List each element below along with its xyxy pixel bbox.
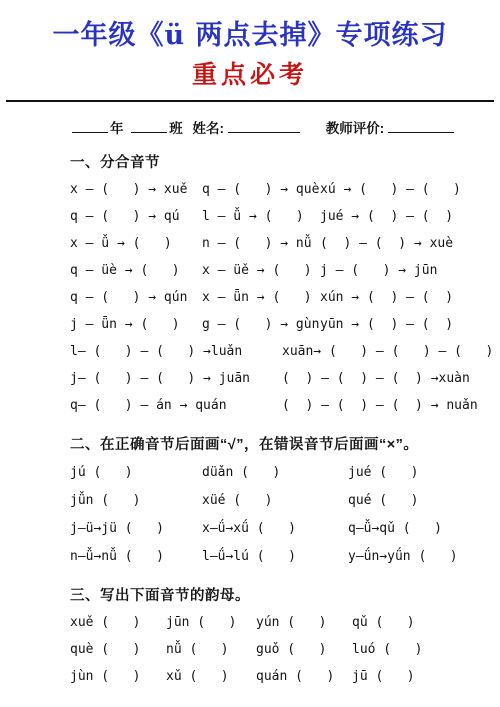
worksheet-row: q — üè → ( )x — üě → ( )j — ( ) → jūn (70, 257, 482, 284)
class-blank (131, 119, 167, 133)
pinyin-item: x — ǚ → ( ) (70, 236, 202, 251)
pinyin-item: què ( ) (70, 642, 166, 657)
worksheet-row: jú ( )düǎn ( )jué ( ) (70, 458, 482, 486)
worksheet-row: q— ( ) — án → quán( ) — ( ) — ( ) → nuǎn (70, 392, 482, 419)
page-subtitle: 重点必考 (0, 55, 500, 91)
section-rows: jú ( )düǎn ( )jué ( )jǚn ( )xüé ( )qué (… (70, 458, 482, 570)
year-label: 年 (110, 121, 124, 136)
pinyin-item: xǔ ( ) (166, 669, 256, 684)
worksheet-row: què ( )nǚ ( )guǒ ( )luó ( ) (70, 636, 482, 663)
section-rows: xuě ( )jūn ( )yún ( )qǔ ( )què ( )nǚ ( )… (70, 609, 482, 690)
pinyin-item: j—ü→jü ( ) (70, 521, 202, 536)
pinyin-item: qué ( ) (348, 493, 482, 508)
worksheet-row: n—ǚ→nǚ ( )l—ǘ→lú ( )y—ǘn→yǘn ( ) (70, 542, 482, 570)
worksheet-row: l— ( ) — ( ) →luǎnxuān→ ( ) — ( ) — ( ) (70, 338, 482, 365)
worksheet-row: jǚn ( )xüé ( )qué ( ) (70, 486, 482, 514)
pinyin-item: q — ( ) → qú (70, 209, 202, 224)
pinyin-item: xuān→ ( ) — ( ) — ( ) (282, 344, 493, 359)
pinyin-item: düǎn ( ) (202, 465, 348, 480)
worksheet-page: 一年级《ü 两点去掉》专项练习 重点必考 年 班 姓名: 教师评价: 一、分合音… (0, 0, 500, 707)
class-label: 班 (169, 121, 183, 136)
page-title: 一年级《ü 两点去掉》专项练习 (0, 13, 500, 52)
header-divider (6, 100, 494, 102)
section-heading: 二、在正确音节后面画“√”，在错误音节后面画“×”。 (70, 433, 482, 454)
pinyin-item: xún → ( ) — ( ) (320, 290, 482, 305)
pinyin-item: qǔ ( ) (352, 615, 482, 630)
teacher-label: 教师评价: (326, 121, 385, 136)
name-blank (228, 119, 300, 133)
section-heading: 一、分合音节 (70, 151, 482, 172)
section-heading: 三、写出下面音节的韵母。 (70, 584, 482, 605)
pinyin-item: jùn ( ) (70, 669, 166, 684)
pinyin-item: x — ǖn → ( ) (202, 290, 320, 305)
pinyin-item: ( ) — ( ) — ( ) → nuǎn (282, 398, 482, 413)
pinyin-item: ( ) — ( ) — ( ) →xuàn (282, 371, 482, 386)
section-write-finals: 三、写出下面音节的韵母。 xuě ( )jūn ( )yún ( )qǔ ( )… (0, 584, 500, 690)
info-line: 年 班 姓名: 教师评价: (72, 117, 480, 137)
pinyin-item: l—ǘ→lú ( ) (202, 549, 348, 564)
teacher-blank (388, 119, 454, 133)
pinyin-item: jū ( ) (352, 669, 482, 684)
pinyin-item: jué → ( ) — ( ) (320, 209, 482, 224)
pinyin-item: q — ( ) → qún (70, 290, 202, 305)
pinyin-item: jǚn ( ) (70, 493, 202, 508)
pinyin-item: l— ( ) — ( ) →luǎn (70, 344, 282, 359)
pinyin-item: x—ǘ→xǘ ( ) (202, 521, 348, 536)
pinyin-item: q— ( ) — án → quán (70, 398, 282, 413)
pinyin-item: jú ( ) (70, 465, 202, 480)
pinyin-item: x — ( ) → xuě (70, 182, 202, 197)
pinyin-item: xüé ( ) (202, 493, 348, 508)
pinyin-item: j — ( ) → jūn (320, 263, 482, 278)
name-label: 姓名: (193, 121, 225, 136)
pinyin-item: guǒ ( ) (256, 642, 352, 657)
worksheet-row: q — ( ) → qúl — ǚ → ( )jué → ( ) — ( ) (70, 203, 482, 230)
worksheet-row: j — ǖn → ( )g — ( ) → gùnyūn → ( ) — ( ) (70, 311, 482, 338)
worksheet-row: q — ( ) → qúnx — ǖn → ( )xún → ( ) — ( ) (70, 284, 482, 311)
worksheet-row: j—ü→jü ( )x—ǘ→xǘ ( )q—ǚ→qǔ ( ) (70, 514, 482, 542)
pinyin-item: n—ǚ→nǚ ( ) (70, 549, 202, 564)
section-rows: x — ( ) → xuěq — ( ) → quèxú → ( ) — ( )… (70, 176, 482, 419)
pinyin-item: l — ǚ → ( ) (202, 209, 320, 224)
pinyin-item: jūn ( ) (166, 615, 256, 630)
pinyin-item: nǚ ( ) (166, 642, 256, 657)
pinyin-item: q — üè → ( ) (70, 263, 202, 278)
pinyin-item: ( ) — ( ) → xuè (320, 236, 482, 251)
pinyin-item: q—ǚ→qǔ ( ) (348, 521, 482, 536)
pinyin-item: jué ( ) (348, 465, 482, 480)
pinyin-item: y—ǘn→yǘn ( ) (348, 549, 482, 564)
pinyin-item: yūn → ( ) — ( ) (320, 317, 482, 332)
pinyin-item: xú → ( ) — ( ) (320, 182, 482, 197)
worksheet-row: x — ǚ → ( )n — ( ) → nǚ( ) — ( ) → xuè (70, 230, 482, 257)
pinyin-item: n — ( ) → nǚ (202, 236, 320, 251)
pinyin-item: j — ǖn → ( ) (70, 317, 202, 332)
pinyin-item: quán ( ) (256, 669, 352, 684)
pinyin-item: q — ( ) → què (202, 182, 320, 197)
section-split-syllables: 一、分合音节 x — ( ) → xuěq — ( ) → quèxú → ( … (0, 151, 500, 419)
worksheet-row: jùn ( )xǔ ( )quán ( )jū ( ) (70, 663, 482, 690)
worksheet-row: xuě ( )jūn ( )yún ( )qǔ ( ) (70, 609, 482, 636)
pinyin-item: x — üě → ( ) (202, 263, 320, 278)
worksheet-row: j— ( ) — ( ) → juān( ) — ( ) — ( ) →xuàn (70, 365, 482, 392)
pinyin-item: xuě ( ) (70, 615, 166, 630)
pinyin-item: luó ( ) (352, 642, 482, 657)
year-blank (72, 119, 108, 133)
section-check-syllables: 二、在正确音节后面画“√”，在错误音节后面画“×”。 jú ( )düǎn ( … (0, 433, 500, 570)
worksheet-row: x — ( ) → xuěq — ( ) → quèxú → ( ) — ( ) (70, 176, 482, 203)
pinyin-item: j— ( ) — ( ) → juān (70, 371, 282, 386)
pinyin-item: yún ( ) (256, 615, 352, 630)
pinyin-item: g — ( ) → gùn (202, 317, 320, 332)
